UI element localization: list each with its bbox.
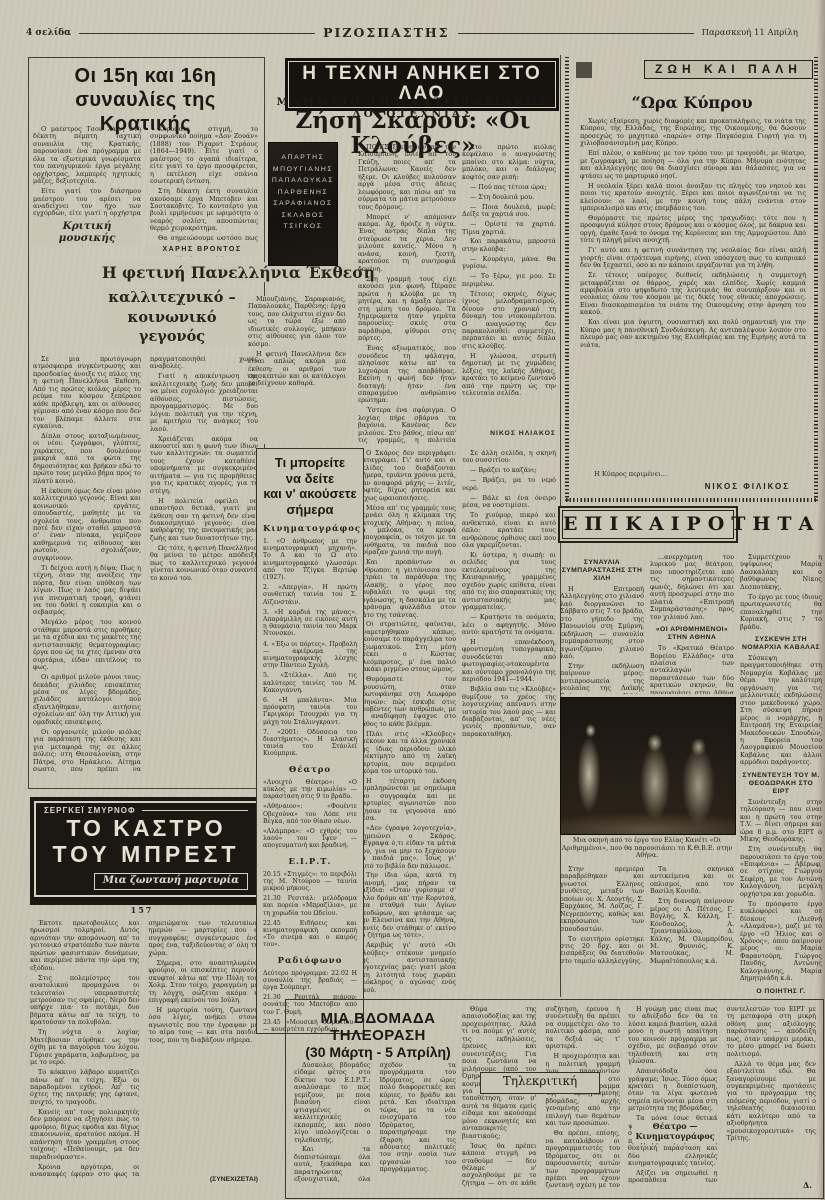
date-label: Παρασκευή 11 Απρίλη — [702, 28, 798, 38]
epikairotita-title: ΕΠΙΚΑΙΡΟΤΗΤΑ — [563, 513, 820, 535]
paragraph: ΣΑΡΑΦΙΑΝΟΣ — [269, 199, 337, 210]
paragraph: Πλάι στις «Κλούβες» στέκουν και τα άλλα … — [358, 731, 456, 776]
manikas-heading: Ο ΠΟΙΗΤΗΣ Γ. ΜΑΝΙΚΑΣ ΣΤΗ ΒΟΥΛΓΑΡΙΑ — [740, 988, 822, 994]
tv-title-line2: (30 Μάρτη - 5 Απρίλη) — [294, 1044, 462, 1060]
tv-text-b-wrap: Θύμα της απαισιοδοξίας και της προχειρότ… — [462, 1006, 620, 1192]
paragraph: Η Επιτροπή Αλληλεγγύης στο χιλιανό λαό δ… — [560, 586, 644, 661]
paragraph: ΠΟΙΕΣ ξεκίνησαν απ' την Καισαριανή, ποιε… — [358, 144, 456, 211]
guide-theatre-list: «Ανοιχτό Θέατρο»: «Ο κύκλος με την κιμωλ… — [263, 779, 357, 850]
skarou-col-b-top: ΠΟΙΕΣ ξεκίνησαν απ' την Καισαριανή, ποιε… — [358, 144, 456, 444]
tilekritiki-header: Τηλεκριτική — [480, 1072, 600, 1094]
paragraph: Οι αριθμοί μιλούν μόνοι τους: δεκάδες χι… — [33, 674, 141, 726]
paragraph: Ο Σκάρος δεν περιγράφει: καταγράφει. Γι'… — [358, 450, 456, 502]
paragraph: Συμμετέχουν η υψίφωνος Μαρία Δασκαλάκη κ… — [740, 554, 822, 591]
paragraph: Η γλώσσα, στρωτή δημοτική με τις χυμώδει… — [462, 353, 556, 398]
theatro-cinema-header: Θέατρο — Κινηματογράφος — [632, 1120, 718, 1143]
paragraph: Αλλά το θέμα μας δεν εξαντλείται εδώ. Θα… — [727, 1061, 817, 1143]
paragraph: 2. «Απεργία». Η πρώτη συνθετική ταινία τ… — [263, 584, 357, 606]
paragraph: Κορυφαία στιγμή, το συμφωνικό ποίημα «Δο… — [150, 126, 258, 186]
paragraph: Το κόκκινο λάβαρο κυματίζει πάνω απ' τα … — [30, 1069, 140, 1106]
guide-title-line1: Τι μπορείτε — [263, 455, 357, 471]
paragraph: ΤΣΙΓΚΟΣ — [269, 222, 337, 233]
paragraph: Επί πλέον, ο καθένας με τον τρόπο του: μ… — [580, 150, 806, 180]
paragraph: 7. «2001: Οδύσσεια του διαστήματος». Η κ… — [263, 729, 357, 758]
arithmimenoi-heading: «ΟΙ ΑΡΙΘΜΗΜΕΝΟΙ» ΣΤΗΝ ΑΘΗΝΑ — [650, 626, 734, 642]
paragraph: Η φετινή Πανελλήνια δεν είναι απλώς ακόμ… — [248, 351, 346, 388]
paragraph: Σήμερα, στο αναστηλωμένο φρούριο, οι επι… — [149, 960, 259, 1005]
kavala-heading: ΣΥΣΚΕΨΗ ΣΤΗ ΝΟΜΑΡΧΙΑ ΚΑΒΑΛΑΣ — [740, 636, 822, 652]
paragraph: «Δεν έγραψα λογοτεχνία», σημειώνει ο Σκά… — [358, 825, 456, 870]
paragraph: Απαισιόδοξα όσα γράψαμε; Ίσως. Τόσο όμως… — [628, 1068, 718, 1113]
tv-text-c: Η γνώμη μας είναι πως το αδιέξοδο δεν θα… — [628, 1006, 816, 1192]
exhibition-title-line3: κοινωνικό — [102, 308, 242, 328]
paragraph: Και παρακάτω, μπροστά στην κλούβα: — [462, 238, 556, 253]
paragraph: «Ανοιχτό Θέατρο»: «Ο κύκλος με την κιμωλ… — [263, 779, 357, 801]
music-byline: ΧΑΡΗΣ ΒΡΟΝΤΟΣ — [146, 243, 258, 256]
epikairotita-title-box: ΕΠΙΚΑΙΡΟΤΗΤΑ — [558, 506, 738, 543]
daily-guide-box: Τι μπορείτε να δείτε και ν' ακούσετε σήμ… — [256, 448, 364, 1034]
zoi-left-hatch — [565, 55, 569, 501]
photo-caption: Μια σκηνή από το έργο του Ελίας Κανέτι «… — [560, 837, 734, 860]
guide-eirt-heading: Ε.Ι.Ρ.Τ. — [263, 857, 357, 867]
exhibition-side-text: Μπουζιάνης, Σαραφιανός, Παπαλουκάς, Παρθ… — [248, 296, 346, 444]
paragraph: Τι δείχνει αυτή η δίψα; Πως η τέχνη, ότα… — [33, 565, 141, 617]
paragraph: 4. «Έξω οι πόρτες». Προβολή — αφιέρωμα τ… — [263, 641, 357, 670]
paragraph: Το εισιτήριο ορίστηκε στις 20 δρχ. και ο… — [560, 936, 644, 966]
paragraph: — Ποια δουλειά, μωρέ; Δείξε τα χαρτιά σο… — [462, 204, 556, 219]
chile-concert-heading: ΣΥΝΑΥΛΙΑ ΣΥΜΠΑΡΑΣΤΑΣΗΣ ΣΤΗ ΧΙΛΗ — [560, 559, 644, 583]
theodorakis-body: Συνέντευξη στην τηλεόραση — που είναι κα… — [740, 799, 822, 983]
paragraph: — Βάλε κι ένα όνειρο μέσα, να νοστιμίσει… — [462, 495, 556, 510]
epik-below-photo-col2: Τα σκηνικά αντικείμενα και οι οπλισμοί, … — [650, 866, 734, 994]
paragraph: — Ορίστε τα χαρτιά. Τίμια χαρτιά. — [462, 221, 556, 236]
kastro-serial-text: Έκτοτε πρωτοβουλίες και ηρωισμοί τολμηρο… — [30, 920, 258, 1182]
paragraph: Γιατί η αποκέντρωση της καλλιτεχνικής ζω… — [150, 373, 258, 433]
paragraph: Κανείς απ' τους πολιορκητές δεν μπόρεσε … — [30, 1109, 140, 1161]
guide-eirt-list: 20.15 «Στιγμές»: το περιβόλι της Μ. Ντού… — [263, 871, 357, 949]
epik-col1: ΣΥΝΑΥΛΙΑ ΣΥΜΠΑΡΑΣΤΑΣΗΣ ΣΤΗ ΧΙΛΗ Η Επιτρο… — [560, 554, 644, 694]
paragraph: — Το ξέρω, γιε μου. Σε περιμένω. — [462, 273, 556, 288]
paragraph: Σε τέτοιες υπέροχες διεθνείς εκδηλώσεις … — [580, 272, 806, 317]
guide-title-line4: σήμερα — [263, 502, 357, 518]
guide-title-line2: να δείτε — [263, 471, 357, 487]
paragraph: Στη δέκατη έκτη συναυλία ακούσαμε έργα Μ… — [150, 188, 258, 233]
music-kicker: Κριτική μουσικής — [33, 218, 141, 246]
paragraph: Μεγάλο μέρος του κοινού στάθηκε μπροστά … — [33, 619, 141, 671]
paragraph: Θυμόμαστε τις πρώτες μέρες της τραγωδίας… — [580, 215, 806, 245]
paragraph: Στη διανομή παίρνουν μέρος οι: Α. Πέτσος… — [650, 898, 734, 965]
book-cover-names: ΑΠΑΡΤΗΣΜΠΟΥΓΙΑΝΗΣΠΑΠΑΛΟΥΚΑΣΠΑΡΘΕΝΗΣΣΑΡΑΦ… — [269, 153, 337, 233]
paragraph: — Κουράγιο, μάνα. Θα γυρίσω. — [462, 256, 556, 271]
guide-title-line3: και ν' ακούσετε — [263, 486, 357, 502]
paragraph: Ακριβώς γι' αυτό «Οι Κλούβες» στέκουν μν… — [358, 942, 456, 994]
paragraph: — Βράζει το καζάνι; — [462, 467, 556, 474]
paragraph: Στην εκδήλωση παίρνουν μέρος: αντιπροσωπ… — [560, 663, 644, 694]
paragraph: Οι στρατιώτες, φαίνεται, αναμετρήθηκαν κ… — [358, 621, 456, 673]
guide-theatre-heading: Θέατρο — [263, 765, 357, 775]
paragraph: Η νεολαία ξέρει καλά ποιοι άνοιξαν τις π… — [580, 183, 806, 213]
tv-text-c-wrap: Η γνώμη μας είναι πως το αδιέξοδο δεν θα… — [628, 1006, 816, 1192]
paragraph: 5. «Στέλλα». Από τις καλύτερες ταινίες τ… — [263, 672, 357, 694]
skarou-byline: ΝΙΚΟΣ ΗΛΙΑΚΟΣ — [462, 430, 556, 438]
paragraph: «Αλάμπρα»: «Ο εχθρός του λαού» του Ίψεν … — [263, 828, 357, 850]
epik-below-photo-col1: Στην πρεμιέρα παραβρέθηκαν και γνωστοί Έ… — [560, 866, 644, 994]
paragraph: Γι' αυτό και η φετινή συνάντηση της νεολ… — [580, 247, 806, 269]
paragraph: 22.45 Ειδήσεις και κινηματογραφική εκπομ… — [263, 920, 357, 949]
theodorakis-heading: ΣΥΝΕΝΤΕΥΞΗ ΤΟΥ Μ. ΘΕΟΔΩΡΑΚΗ ΣΤΟ ΕΙΡΤ — [740, 772, 822, 796]
kastro-subtitle: Μια ζωντανή μαρτυρία — [94, 873, 248, 890]
paragraph: Δύσκολες βδομάδες είδαμε φέτος στο δίκτυ… — [294, 1062, 371, 1144]
paragraph: ΠΑΡΘΕΝΗΣ — [269, 188, 337, 199]
kastro-chapter-number: 157 — [30, 906, 254, 915]
paragraph: Μπουζιάνης, Σαραφιανός, Παπαλουκάς, Παρθ… — [248, 296, 346, 348]
paragraph: ΣΚΛΑΒΟΣ — [269, 211, 337, 222]
edition-label: 4 σελίδα — [26, 28, 71, 38]
paragraph: «Αθήναιον»: «Φουέντε Οβεχούνα» του Λόπε … — [263, 803, 357, 825]
paragraph: Τη νύχτα ο λοχίας Ματέβοσιαν σύρθηκε ως … — [30, 1029, 140, 1066]
kastro-continued-label: (ΣΥΝΕΧΙΖΕΤΑΙ) — [150, 1176, 258, 1184]
paragraph: ...ανερχόμενη του λυρικού μας θεάτρου, π… — [650, 554, 734, 621]
paragraph: Η μαρτυρία τούτη, ζωντανή όσο λίγες, ανή… — [149, 1007, 259, 1044]
kypros-closing: Η Κύπρος περιμένει... — [580, 470, 806, 478]
tv-signature: Δ. — [803, 1181, 812, 1190]
theatro-header-line2: Κινηματογράφος — [632, 1132, 718, 1142]
newspaper-page: 4 σελίδα ΡΙΖΟΣΠΑΣΤΗΣ Παρασκευή 11 Απρίλη… — [0, 0, 825, 1200]
guide-radio-heading: Ραδιόφωνο — [263, 956, 357, 966]
kastro-title-line1: ΤΟ ΚΑΣΤΡΟ — [36, 815, 256, 841]
epik-col3: Συμμετέχουν η υψίφωνος Μαρία Δασκαλάκη κ… — [740, 554, 822, 994]
paragraph: Σε μια πρωτόγνωρη ατμόσφαιρα συγκέντρωση… — [33, 356, 141, 431]
paragraph: 20.15 «Στιγμές»: το περιβόλι της Μ. Ντού… — [263, 871, 357, 893]
paragraph: Και προπάντων οι άνθρωποι: η γειτόνισσα … — [358, 559, 456, 619]
page-header: 4 σελίδα ΡΙΖΟΣΠΑΣΤΗΣ Παρασκευή 11 Απρίλη — [26, 26, 798, 39]
kastro-kicker-row: ΣΕΡΓΚΕΪ ΣΜΥΡΝΟΦ — [36, 803, 256, 815]
paragraph: 3. «Η καρδιά της μάνας». Απαράμιλλη σε ε… — [263, 609, 357, 638]
kastro-ad-box: ΣΕΡΓΚΕΪ ΣΜΥΡΝΟΦ ΤΟ ΚΑΣΤΡΟ ΤΟΥ ΜΠΡΕΣΤ Μια… — [30, 797, 262, 905]
exhibition-title-line4: γεγονός — [102, 327, 242, 347]
kastro-author: ΣΕΡΓΚΕΪ ΣΜΥΡΝΟΦ — [44, 806, 136, 815]
kypros-headline: “Ωρα Κύπρου — [578, 94, 806, 112]
header-rule-right — [458, 33, 694, 34]
kastro-kicker-rule — [142, 810, 248, 811]
guide-cinema-list: 1. «Ο άνθρωπος με την κινηματογραφική μη… — [263, 538, 357, 758]
exhibition-body: Σε μια πρωτόγνωρη ατμόσφαιρα συγκέντρωση… — [33, 356, 258, 782]
paragraph: Η γνώμη μας είναι πως το αδιέξοδο δεν θα… — [628, 1006, 718, 1066]
paragraph: Την ίδια ώρα, κατά τη διανομή, μας πήραν… — [358, 872, 456, 939]
paragraph: ΜΠΟΥΓΙΑΝΗΣ — [269, 165, 337, 176]
paragraph: ΠΑΠΑΛΟΥΚΑΣ — [269, 176, 337, 187]
paragraph: Μπορεί ν' απόμεναν ακόμα. Αχ, θρόιζε η ν… — [358, 214, 456, 274]
paragraph: Ως τότε, η φετινή Πανελλήνια θα μείνει τ… — [150, 545, 258, 582]
kavala-body: Σύσκεψη πραγματοποιήθηκε στη Νομαρχία Κα… — [740, 655, 822, 767]
skarou-col-c-bottom: Σε άλλη σελίδα, η σκηνή του συσσιτίου:— … — [462, 450, 556, 1030]
paragraph: Μέσα απ' τις γραμμές τους περνάει όλη η … — [358, 505, 456, 557]
paragraph: Στη συνέντευξη θα παρουσιάσει το έργο το… — [740, 846, 822, 898]
paragraph: Τέτοιες σκηνές, δίχως ίχνος μελοδραματισ… — [462, 291, 556, 351]
zoi-right-hatch — [814, 55, 818, 501]
guide-cinema-heading: Κινηματογράφος — [263, 524, 357, 534]
paragraph: — Στη δουλειά μου. — [462, 194, 556, 201]
paragraph: Η πολιτεία οφείλει να απαντήσει θετικά, … — [150, 498, 258, 543]
paragraph: Χρειάζεται ακόμα να ακουστεί και η φωνή … — [150, 436, 258, 496]
paragraph: Στην πρεμιέρα παραβρέθηκαν και γνωστοί Έ… — [560, 866, 644, 933]
skarou-col-b-bottom: Ο Σκάρος δεν περιγράφει: καταγράφει. Γι'… — [358, 450, 456, 1030]
paragraph: Το πρόσφατο έργο κυκλοφορεί και σε δίσκο… — [740, 901, 822, 983]
paragraph: Σε άλλη σελίδα, η σκηνή του συσσιτίου: — [462, 450, 556, 465]
chile-concert-body: Η Επιτροπή Αλληλεγγύης στο χιλιανό λαό δ… — [560, 586, 644, 694]
paragraph: Ο μαέστρος Τσου Χάιν, στη δέκατη πέμπτη … — [33, 126, 141, 186]
paragraph: Σύσκεψη πραγματοποιήθηκε στη Νομαρχία Κα… — [740, 655, 822, 767]
tv-text-a: Δύσκολες βδομάδες είδαμε φέτος στο δίκτυ… — [294, 1062, 456, 1190]
paragraph: 21.30 Ρεσιτάλ: μελόδραμα και πορεία «Μπρ… — [263, 895, 357, 917]
kypros-body: Χωρίς εξαίρεση, χωρίς διαφορές και προκα… — [580, 118, 806, 470]
header-rule-left — [79, 33, 315, 34]
paragraph: Συνέντευξη στην τηλεόραση — που είναι κα… — [740, 799, 822, 844]
paragraph: Και είναι μια ύψιστη, ουσιαστική και πολ… — [580, 319, 806, 349]
paragraph: Έκτοτε πρωτοβουλίες και ηρωισμοί τολμηρο… — [30, 920, 140, 972]
paragraph: Χωρίς εξαίρεση, χωρίς διαφορές και προκα… — [580, 118, 806, 148]
paragraph: Δίπλα στους καταξιωμένους, οι νέοι: ζωγρ… — [33, 433, 141, 485]
zoi-decorative-mark-left — [576, 62, 592, 78]
tv-title-line1: ΜΙΑ ΒΔΟΜΑΔΑ ΤΗΛΕΟΡΑΣΗ — [294, 1010, 462, 1044]
paragraph: Κι ύστερα, η σιωπή: οι σελίδες για τους … — [462, 552, 556, 612]
exhibition-title-stack: καλλιτεχνικό – κοινωνικό γεγονός — [102, 288, 242, 347]
arithmimenoi-body: Το «Κρατικό Θέατρο Βορείου Ελλάδος» στα … — [650, 645, 734, 694]
zoi-bottom-hatch — [566, 498, 816, 502]
epik-col3-intro: Συμμετέχουν η υψίφωνος Μαρία Δασκαλάκη κ… — [740, 554, 822, 631]
paragraph: ΑΠΑΡΤΗΣ — [269, 153, 337, 164]
tv-text-b: Θύμα της απαισιοδοξίας και της προχειρότ… — [462, 1006, 620, 1192]
paragraph: — Βράζει, μα το νερό νερό. — [462, 477, 556, 492]
paragraph: Ένας αξιωματικός, που συνόδευε τη φάλαγγ… — [358, 345, 456, 405]
kypros-signature: ΝΙΚΟΣ ΦΙΛΙΚΟΣ — [640, 482, 790, 491]
paragraph: — Πού πας τέτοια ώρα; — [462, 184, 556, 191]
paragraph: Η έκθεση όμως δεν είναι μόνο καλλιτεχνικ… — [33, 488, 141, 563]
epik-col2: ...ανερχόμενη του λυρικού μας θεάτρου, π… — [650, 554, 734, 694]
exhibition-title-line2: καλλιτεχνικό – — [102, 288, 242, 308]
masthead: ΡΙΖΟΣΠΑΣΤΗΣ — [323, 26, 449, 39]
paragraph: Δεύτερο πρόγραμμα: 22.02 Η συναυλία της … — [263, 970, 357, 992]
tv-week-title: ΜΙΑ ΒΔΟΜΑΔΑ ΤΗΛΕΟΡΑΣΗ (30 Μάρτη - 5 Απρί… — [294, 1010, 462, 1060]
paragraph: Το χιούμορ, πικρό και ανθεκτικό, είναι κ… — [462, 512, 556, 549]
paragraph: — Κρατήστε τα ονόματα, λέει ο αφηγητής. … — [462, 614, 556, 636]
paragraph: 6. «Η μπαλάντα». Μια πρόσφατη ταινία του… — [263, 697, 357, 726]
paragraph: Στο πρώτο κιόλας κεφάλαιο ο αναγνώστης μ… — [462, 144, 556, 181]
paragraph: Το έργο με τους ίδιους πρωταγωνιστές θα … — [740, 594, 822, 631]
paragraph: Στη γραμμή τους είχε ακούσει μια φωνή. Π… — [358, 276, 456, 343]
skarou-col-c-top: Στο πρώτο κιόλας κεφάλαιο ο αναγνώστης μ… — [462, 144, 556, 430]
paragraph: Στις πολεμίστρες του ανατολικού προμαχών… — [30, 975, 140, 1027]
kastro-title-line2: ΤΟΥ ΜΠΡΕΣΤ — [36, 841, 256, 867]
paragraph: Η επανέκδοση, φροντισμένη τυπογραφικά, σ… — [462, 639, 556, 684]
epik-col2-intro: ...ανερχόμενη του λυρικού μας θεάτρου, π… — [650, 554, 734, 621]
paragraph: Ύστερα ένα σφύριγμα. Ο λοχίας πήρε σβάρν… — [358, 407, 456, 444]
paragraph: Τα σκηνικά αντικείμενα και οι οπλισμοί, … — [650, 866, 734, 896]
theatre-photo — [560, 697, 736, 835]
book-cover-image: ΑΠΑΡΤΗΣΜΠΟΥΓΙΑΝΗΣΠΑΠΑΛΟΥΚΑΣΠΑΡΘΕΝΗΣΣΑΡΑΦ… — [268, 142, 338, 266]
paragraph: Θυμόμαστε τον Προυσιώτη, όταν πρωτοφάνηκ… — [358, 676, 456, 728]
paragraph: Το «Κρατικό Θέατρο Βορείου Ελλάδος» στα … — [650, 645, 734, 694]
paragraph: Βιβλία σαν τις «Κλούβες» θυμίζουν το χρέ… — [462, 686, 556, 738]
zoi-banner: ΖΩΗ ΚΑΙ ΠΑΛΗ — [644, 60, 813, 79]
paragraph: Η τέταρτη έκδοση συμπληρώνεται με σημείω… — [358, 778, 456, 823]
music-title-line1: Οι 15η και 16η — [33, 64, 258, 88]
paragraph: 1. «Ο άνθρωπος με την κινηματογραφική μη… — [263, 538, 357, 581]
